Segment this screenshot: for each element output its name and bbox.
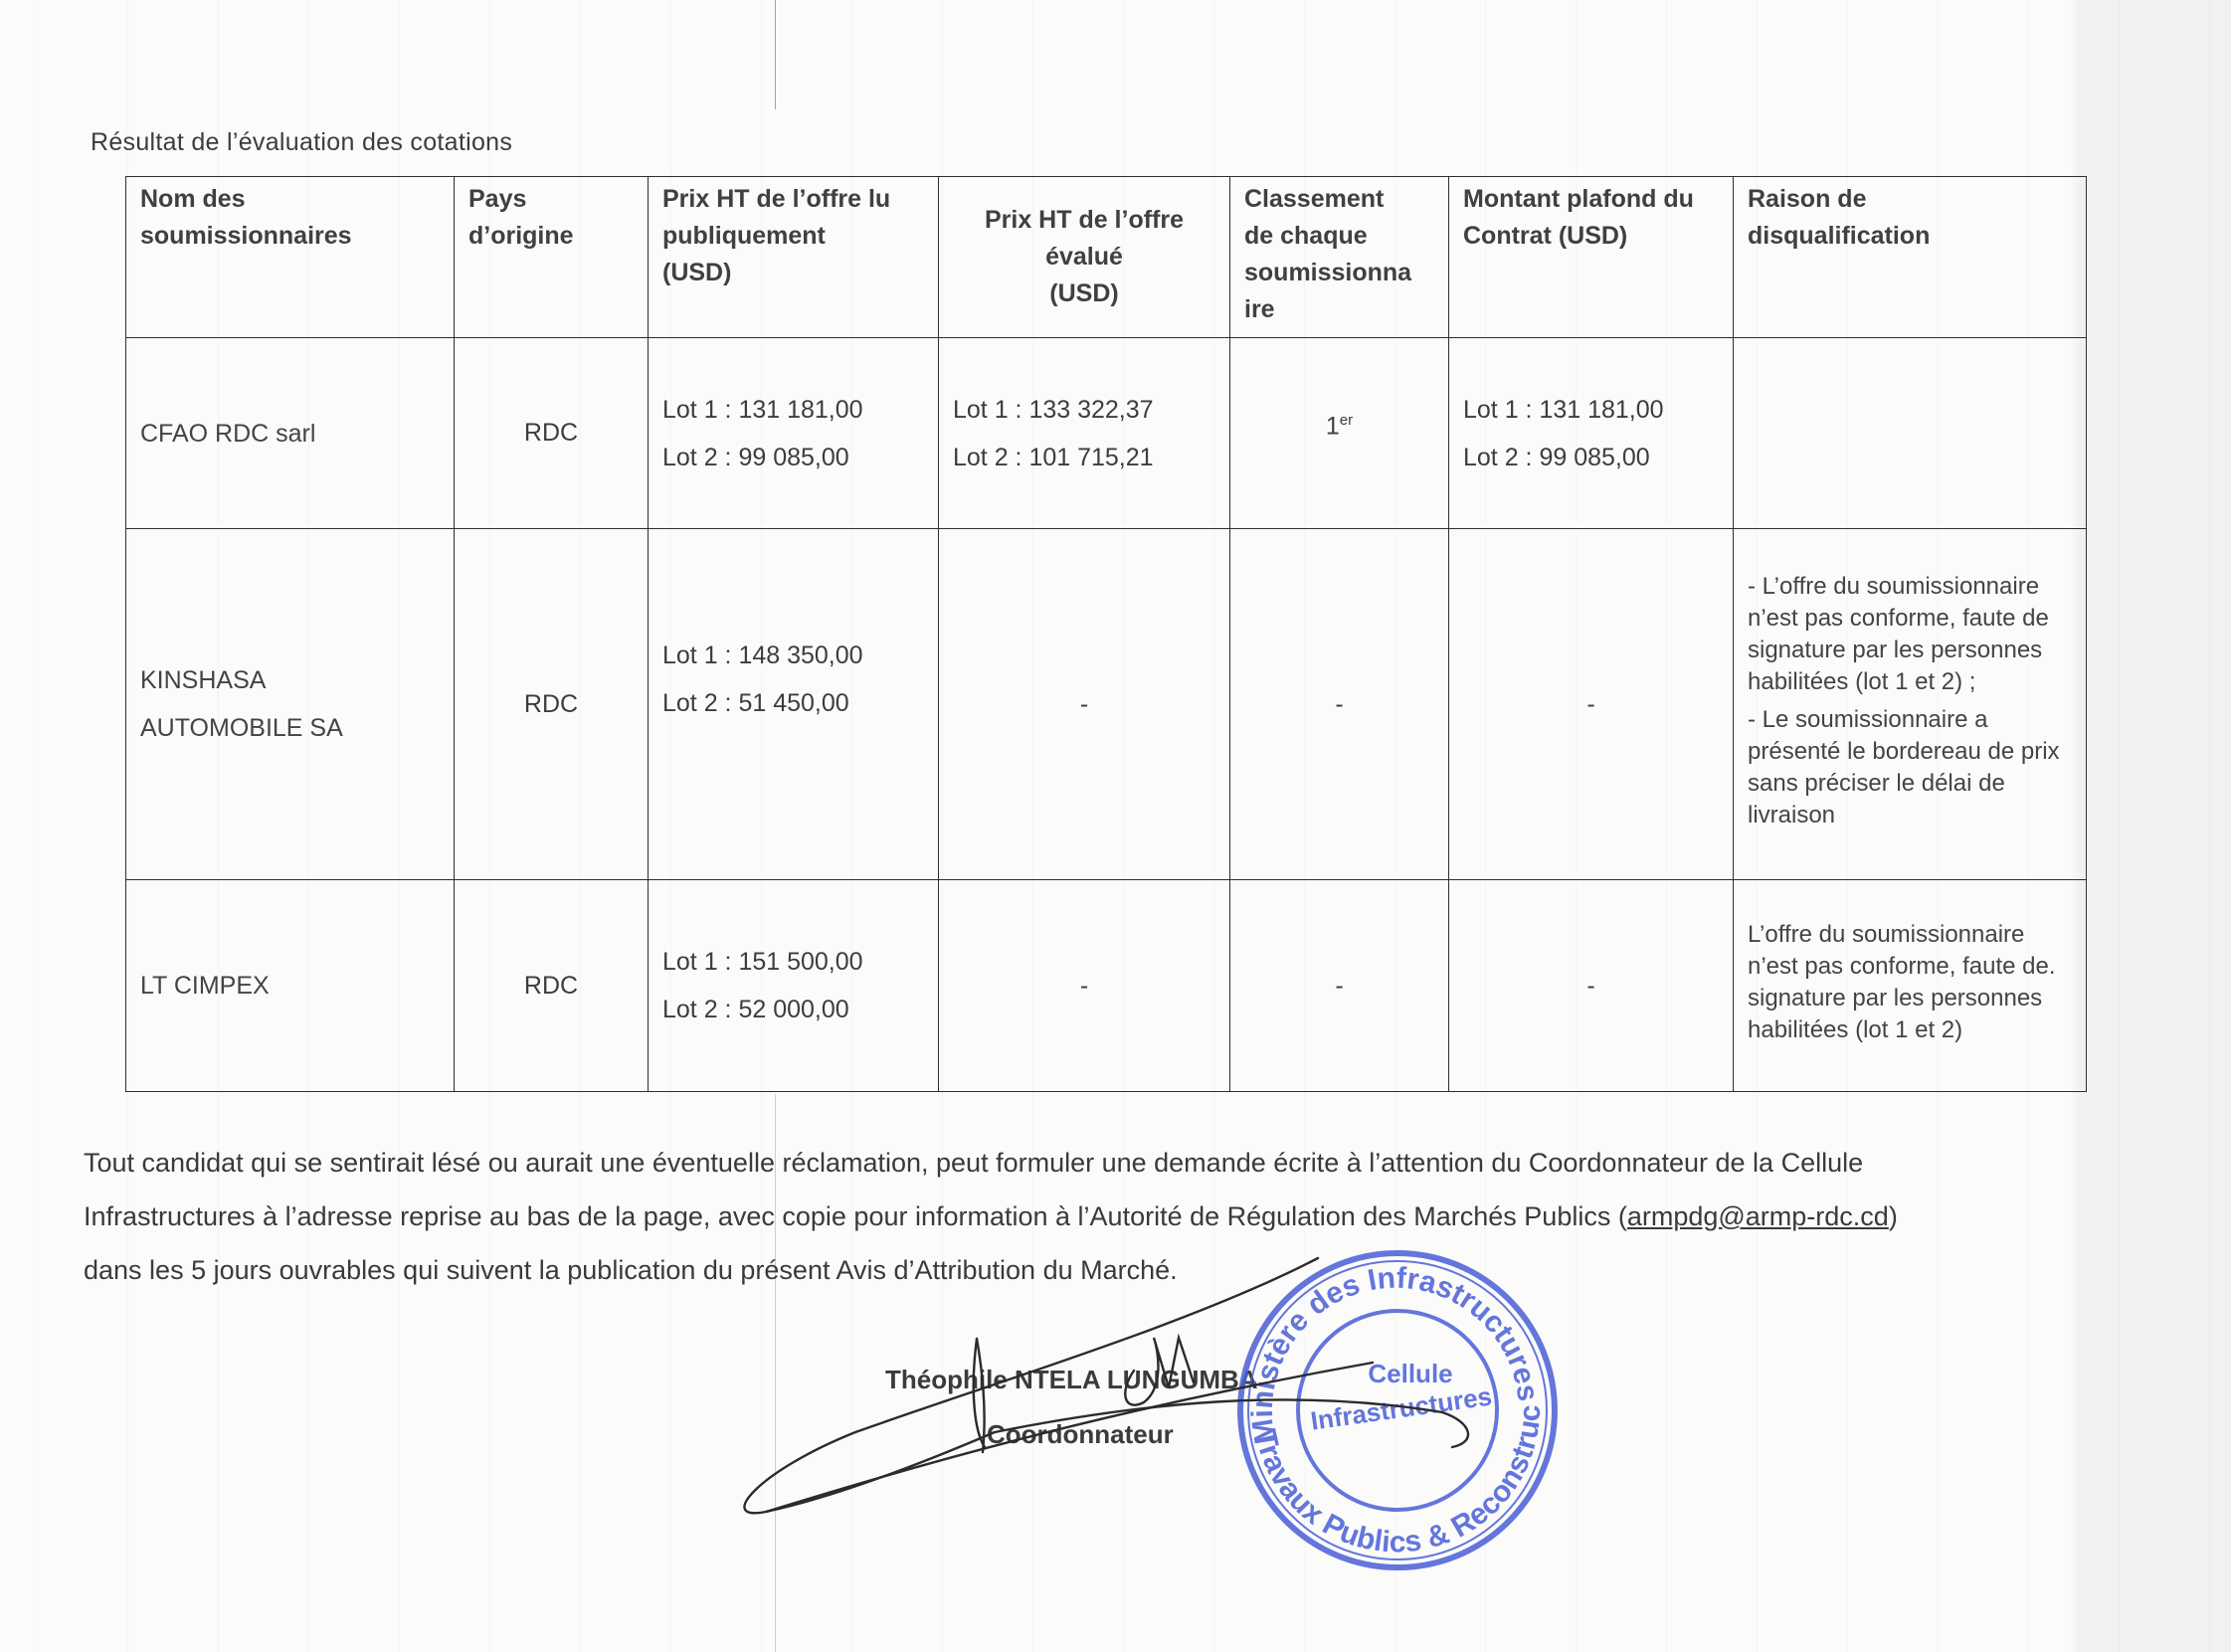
ranking: - xyxy=(1230,529,1449,880)
header-price-read: Prix HT de l’offre lupubliquement(USD) xyxy=(649,177,939,338)
complaint-notice: Tout candidat qui se sentirait lésé ou a… xyxy=(84,1136,2113,1297)
ranking: - xyxy=(1230,880,1449,1092)
ranking: 1er xyxy=(1230,338,1449,529)
country: RDC xyxy=(455,338,649,529)
header-country: Paysd’origine xyxy=(455,177,649,338)
stamp-center-line-1: Cellule xyxy=(1368,1359,1452,1388)
header-price-evaluated: Prix HT de l’offreévalué(USD) xyxy=(939,177,1230,338)
email-link[interactable]: armpdg@armp-rdc.cd xyxy=(1627,1201,1889,1231)
table-row: KINSHASAAUTOMOBILE SA RDC Lot 1 : 148 35… xyxy=(126,529,2087,880)
signatory-role: Coordonnateur xyxy=(987,1419,1174,1450)
header-ranking: Classementde chaquesoumissionnaire xyxy=(1230,177,1449,338)
table-row: LT CIMPEX RDC Lot 1 : 151 500,00Lot 2 : … xyxy=(126,880,2087,1092)
notice-line-2: Infrastructures à l’adresse reprise au b… xyxy=(84,1190,2113,1243)
disqualification-reason: L’offre du soumissionnaire n’est pas con… xyxy=(1734,880,2087,1092)
price-evaluated: Lot 1 : 133 322,37Lot 2 : 101 715,21 xyxy=(939,338,1230,529)
signatory-name: Théophile NTELA LUNGUMBA xyxy=(885,1365,1258,1395)
header-ceiling-amount: Montant plafond duContrat (USD) xyxy=(1449,177,1734,338)
bidder-name: LT CIMPEX xyxy=(126,880,455,1092)
disqualification-reason xyxy=(1734,338,2087,529)
bidder-name: CFAO RDC sarl xyxy=(126,338,455,529)
fold-line xyxy=(775,0,776,109)
header-bidder-name: Nom dessoumissionnaires xyxy=(126,177,455,338)
price-read: Lot 1 : 131 181,00Lot 2 : 99 085,00 xyxy=(649,338,939,529)
ceiling-amount: Lot 1 : 131 181,00Lot 2 : 99 085,00 xyxy=(1449,338,1734,529)
price-read: Lot 1 : 148 350,00Lot 2 : 51 450,00 xyxy=(649,529,939,880)
notice-line-3: dans les 5 jours ouvrables qui suivent l… xyxy=(84,1243,2113,1297)
price-read: Lot 1 : 151 500,00Lot 2 : 52 000,00 xyxy=(649,880,939,1092)
table-header-row: Nom dessoumissionnaires Paysd’origine Pr… xyxy=(126,177,2087,338)
bidder-name: KINSHASAAUTOMOBILE SA xyxy=(126,529,455,880)
notice-line-1: Tout candidat qui se sentirait lésé ou a… xyxy=(84,1136,2113,1190)
table-row: CFAO RDC sarl RDC Lot 1 : 131 181,00Lot … xyxy=(126,338,2087,529)
evaluation-results-table: Nom dessoumissionnaires Paysd’origine Pr… xyxy=(125,176,2087,1092)
country: RDC xyxy=(455,880,649,1092)
stamp-center-line-2: Infrastructures xyxy=(1309,1380,1494,1435)
section-title: Résultat de l’évaluation des cotations xyxy=(91,128,512,157)
ceiling-amount: - xyxy=(1449,529,1734,880)
country: RDC xyxy=(455,529,649,880)
header-disqualification-reason: Raison dedisqualification xyxy=(1734,177,2087,338)
price-evaluated: - xyxy=(939,529,1230,880)
disqualification-reason: - L’offre du soumissionnaire n’est pas c… xyxy=(1734,529,2087,880)
ceiling-amount: - xyxy=(1449,880,1734,1092)
price-evaluated: - xyxy=(939,880,1230,1092)
